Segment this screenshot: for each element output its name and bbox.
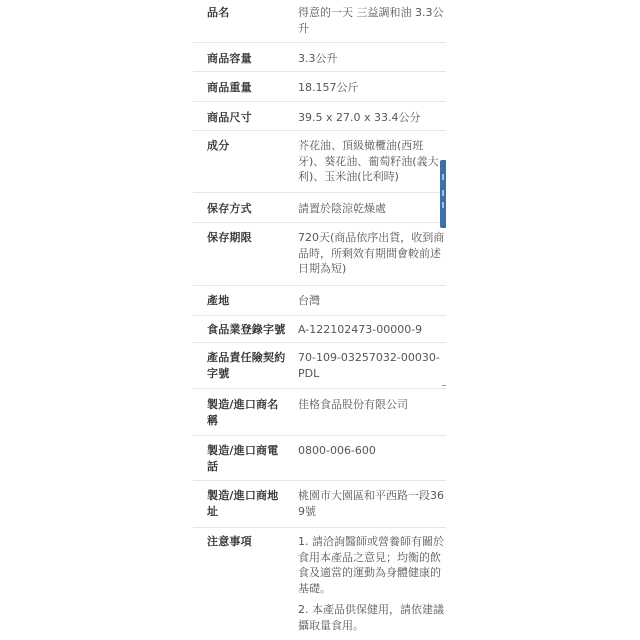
spec-label: 品名 xyxy=(207,5,289,21)
spec-value: 720天(商品依序出貨，收到商品時，所剩效有期間會較前述日期為短) xyxy=(298,230,446,277)
spec-row-ingredients: 成分 芥花油、頂級橄欖油(西班牙)、葵花油、葡萄籽油(義大利)、玉米油(比利時) xyxy=(193,131,446,193)
spec-value: 3.3公升 xyxy=(298,51,446,67)
side-tab-icon xyxy=(442,190,444,196)
spec-row-capacity: 商品容量 3.3公升 xyxy=(193,43,446,72)
spec-label: 食品業登錄字號 xyxy=(207,322,289,338)
product-spec-page: 品名 得意的一天 三益調和油 3.3公升 商品容量 3.3公升 商品重量 18.… xyxy=(0,0,640,640)
spec-value-notes: 1. 請洽詢醫師或營養師有關於食用本產品之意見；均衡的飲食及適當的運動為身體健康… xyxy=(298,534,446,639)
spec-row-manufacturer-name: 製造/進口商名稱 佳格食品股份有限公司 xyxy=(193,389,446,436)
spec-value: 得意的一天 三益調和油 3.3公升 xyxy=(298,5,446,36)
spec-label: 商品尺寸 xyxy=(207,110,289,126)
spec-value: 芥花油、頂級橄欖油(西班牙)、葵花油、葡萄籽油(義大利)、玉米油(比利時) xyxy=(298,138,446,185)
spec-value: 台灣 xyxy=(298,293,446,309)
scroll-indicator xyxy=(442,385,446,386)
spec-label: 製造/進口商名稱 xyxy=(207,397,289,428)
spec-row-notes: 注意事項 1. 請洽詢醫師或營養師有關於食用本產品之意見；均衡的飲食及適當的運動… xyxy=(193,528,446,640)
spec-label: 產品責任險契約字號 xyxy=(207,350,289,381)
product-spec-table: 品名 得意的一天 三益調和油 3.3公升 商品容量 3.3公升 商品重量 18.… xyxy=(193,0,446,640)
spec-row-liability-insurance-no: 產品責任險契約字號 70-109-03257032-00030-PDL xyxy=(193,343,446,389)
spec-row-product-name: 品名 得意的一天 三益調和油 3.3公升 xyxy=(193,0,446,43)
spec-label: 保存期限 xyxy=(207,230,289,246)
spec-row-dimensions: 商品尺寸 39.5 x 27.0 x 33.4公分 xyxy=(193,102,446,131)
spec-value: 0800-006-600 xyxy=(298,443,446,459)
spec-value: 桃園市大園區和平西路一段369號 xyxy=(298,488,446,519)
spec-row-manufacturer-phone: 製造/進口商電話 0800-006-600 xyxy=(193,436,446,481)
spec-row-origin: 產地 台灣 xyxy=(193,286,446,316)
spec-label: 成分 xyxy=(207,138,289,154)
note-item: 1. 請洽詢醫師或營養師有關於食用本產品之意見；均衡的飲食及適當的運動為身體健康… xyxy=(298,534,446,596)
spec-value: A-122102473-00000-9 xyxy=(298,322,446,338)
side-floating-tab[interactable] xyxy=(440,160,446,228)
spec-value: 70-109-03257032-00030-PDL xyxy=(298,350,446,381)
spec-value: 18.157公斤 xyxy=(298,80,446,96)
spec-label: 製造/進口商電話 xyxy=(207,443,289,474)
spec-value: 39.5 x 27.0 x 33.4公分 xyxy=(298,110,446,126)
side-tab-icon xyxy=(442,202,444,208)
spec-value: 佳格食品股份有限公司 xyxy=(298,397,446,413)
spec-label: 保存方式 xyxy=(207,201,289,217)
spec-label: 注意事項 xyxy=(207,534,289,550)
spec-row-food-registration-no: 食品業登錄字號 A-122102473-00000-9 xyxy=(193,316,446,343)
side-tab-icon xyxy=(442,174,444,180)
spec-label: 商品容量 xyxy=(207,51,289,67)
note-item: 2. 本產品供保健用，請依建議攝取量食用。 xyxy=(298,602,446,633)
spec-row-manufacturer-address: 製造/進口商地址 桃園市大園區和平西路一段369號 xyxy=(193,481,446,528)
spec-row-shelf-life: 保存期限 720天(商品依序出貨，收到商品時，所剩效有期間會較前述日期為短) xyxy=(193,223,446,286)
spec-label: 製造/進口商地址 xyxy=(207,488,289,519)
spec-value: 請置於陰涼乾燥處 xyxy=(298,201,446,217)
spec-label: 產地 xyxy=(207,293,289,309)
spec-row-weight: 商品重量 18.157公斤 xyxy=(193,72,446,102)
spec-label: 商品重量 xyxy=(207,80,289,96)
spec-row-storage-method: 保存方式 請置於陰涼乾燥處 xyxy=(193,193,446,223)
